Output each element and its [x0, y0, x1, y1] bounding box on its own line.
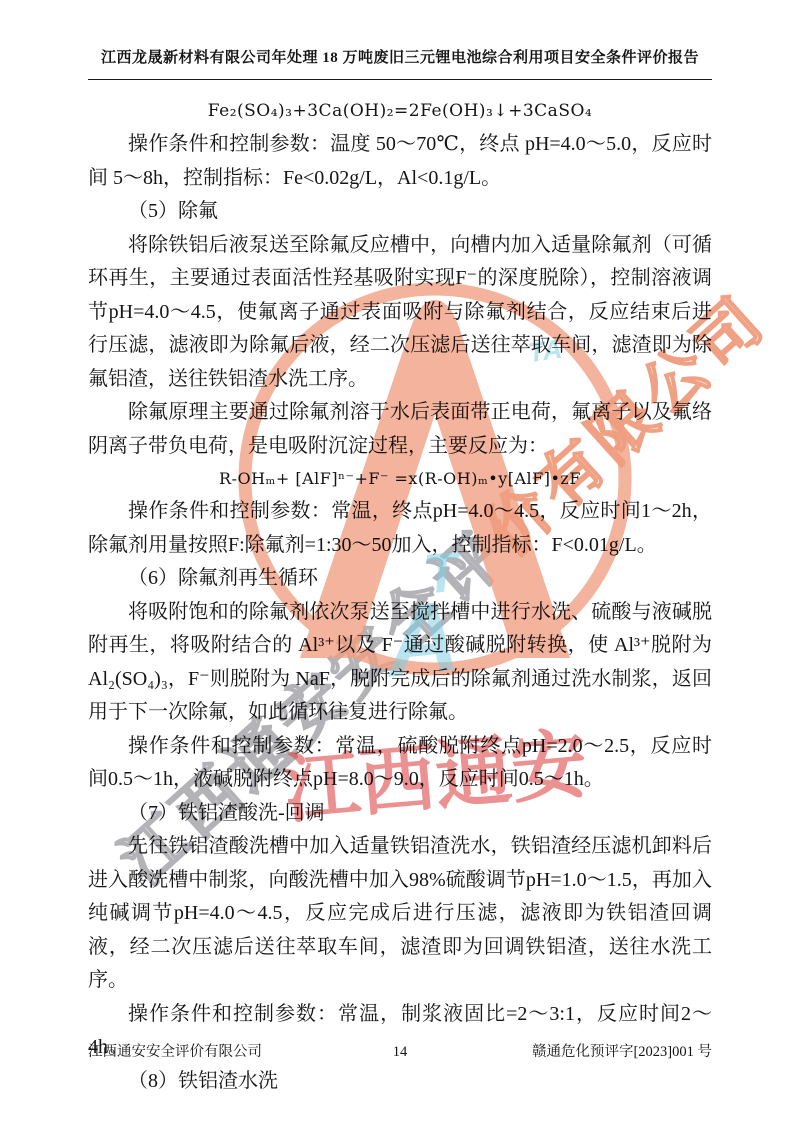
page-footer: 江西通安安全评价有限公司 14 赣通危化预评字[2023]001 号	[88, 1042, 712, 1062]
paragraph-fluorine-process: 将除铁铝后液泵送至除氟反应槽中，向槽内加入适量除氟剂（可循环再生，主要通过表面活…	[88, 229, 712, 397]
footer-doc-number: 赣通危化预评字[2023]001 号	[430, 1042, 712, 1062]
document-body: Fe₂(SO₄)₃+3Ca(OH)₂=2Fe(OH)₃↓+3CaSO₄ 操作条件…	[88, 94, 712, 1098]
chemical-equation-fluorine-adsorption: R-OHₘ+ [AlF]ⁿ⁻+F⁻ =x(R-OH)ₘ•y[AlF]•zF	[88, 463, 712, 495]
footer-company: 江西通安安全评价有限公司	[88, 1042, 370, 1062]
paragraph-regeneration: 将吸附饱和的除氟剂依次泵送至搅拌槽中进行水洗、硫酸与液碱脱附再生，将吸附结合的 …	[88, 596, 712, 730]
chemical-equation-iron-removal: Fe₂(SO₄)₃+3Ca(OH)₂=2Fe(OH)₃↓+3CaSO₄	[88, 94, 712, 128]
heading-5-fluorine-removal: （5）除氟	[88, 195, 712, 229]
heading-8-water-wash: （8）铁铝渣水洗	[88, 1065, 712, 1099]
heading-7-acid-wash-readjust: （7）铁铝渣酸洗-回调	[88, 797, 712, 831]
page-header-title: 江西龙晟新材料有限公司年处理 18 万吨废旧三元锂电池综合利用项目安全条件评价报…	[60, 46, 740, 67]
paragraph-conditions-iron: 操作条件和控制参数：温度 50～70℃，终点 pH=4.0～5.0，反应时间 5…	[88, 128, 712, 195]
document-page: 江西龙晟新材料有限公司年处理 18 万吨废旧三元锂电池综合利用项目安全条件评价报…	[0, 0, 800, 1131]
paragraph-acid-wash: 先往铁铝渣酸洗槽中加入适量铁铝渣洗水，铁铝渣经压滤机卸料后进入酸洗槽中制浆，向酸…	[88, 830, 712, 998]
header-divider	[88, 79, 712, 80]
paragraph-fluorine-principle: 除氟原理主要通过除氟剂溶于水后表面带正电荷，氟离子以及氟络阴离子带负电荷，是电吸…	[88, 396, 712, 463]
paragraph-conditions-regeneration: 操作条件和控制参数：常温，硫酸脱附终点pH=2.0～2.5，反应时间0.5～1h…	[88, 730, 712, 797]
paragraph-conditions-fluorine: 操作条件和控制参数：常温，终点pH=4.0～4.5，反应时间1～2h，除氟剂用量…	[88, 495, 712, 562]
heading-6-regeneration-cycle: （6）除氟剂再生循环	[88, 562, 712, 596]
footer-page-number: 14	[370, 1042, 430, 1062]
